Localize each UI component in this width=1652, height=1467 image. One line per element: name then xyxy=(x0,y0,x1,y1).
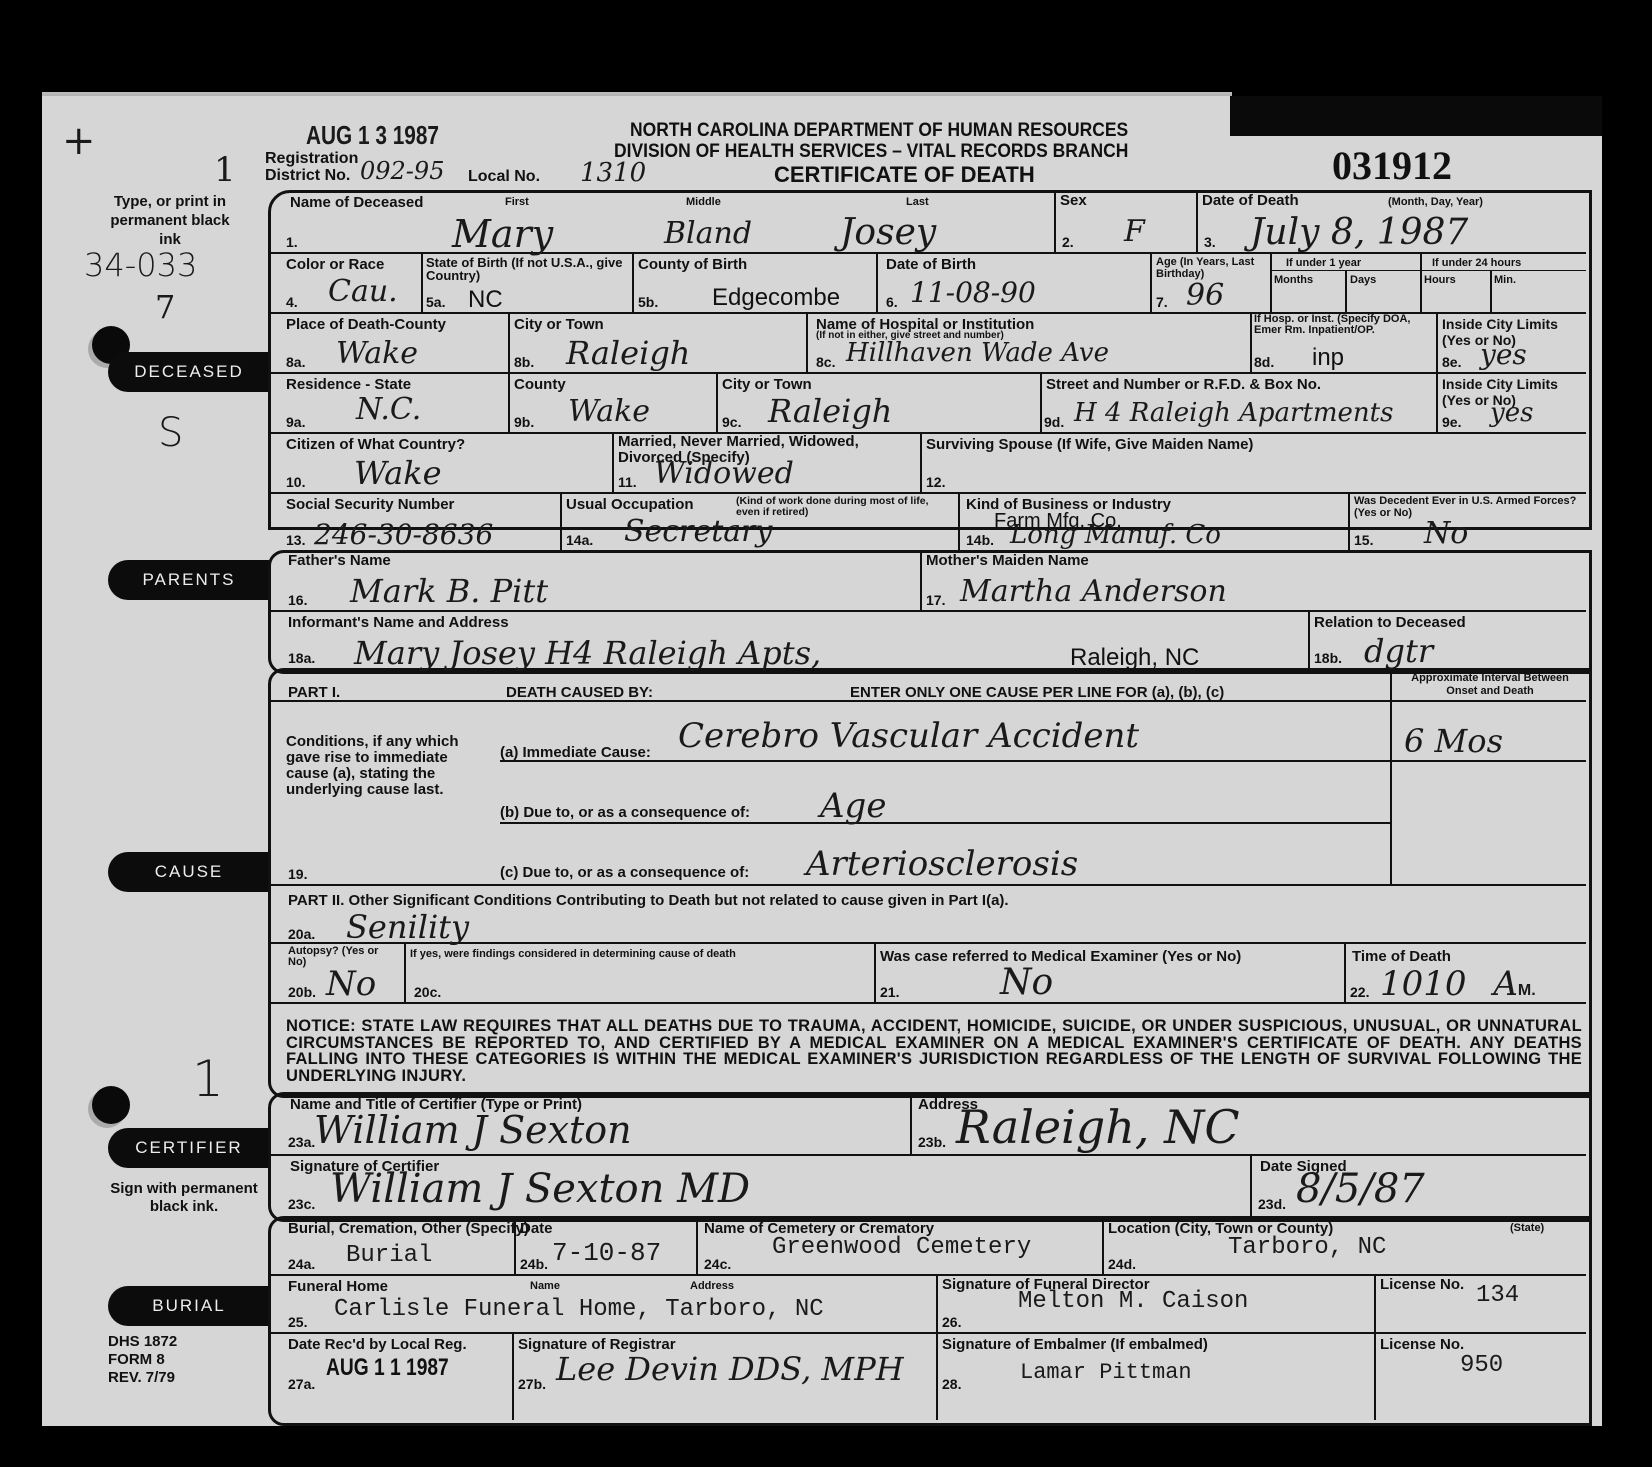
margin-code-7: 7 xyxy=(155,288,175,326)
funeral-home-address-label: Address xyxy=(690,1280,734,1292)
item-24b: 24b. xyxy=(520,1256,548,1272)
last-name-field[interactable]: Josey xyxy=(840,212,936,253)
item-20c: 20c. xyxy=(414,984,441,1000)
registration-district-label: Registration District No. xyxy=(265,150,375,184)
item-8c: 8c. xyxy=(816,354,835,370)
part1-label: PART I. xyxy=(288,684,340,701)
residence-street-field[interactable]: H 4 Raleigh Apartments xyxy=(1074,398,1393,428)
embalmer-field[interactable]: Lamar Pittman xyxy=(1020,1360,1192,1385)
residence-state-label: Residence - State xyxy=(286,376,411,393)
item-26: 26. xyxy=(942,1314,961,1330)
section-tab-burial: BURIAL xyxy=(108,1286,270,1326)
item-4: 4. xyxy=(286,294,298,310)
mother-label: Mother's Maiden Name xyxy=(926,552,1089,569)
hosp-status-field[interactable]: inp xyxy=(1312,344,1344,372)
form-id-line-2: FORM 8 xyxy=(108,1351,177,1369)
item-1: 1. xyxy=(286,234,298,250)
cause-b-field[interactable]: Age xyxy=(820,786,886,826)
agency-line-1: NORTH CAROLINA DEPARTMENT OF HUMAN RESOU… xyxy=(630,120,1128,142)
margin-code-s: S xyxy=(158,410,183,456)
certificate-number: 031912 xyxy=(1332,142,1452,189)
marital-field[interactable]: Widowed xyxy=(654,456,794,491)
name-of-deceased-label: Name of Deceased xyxy=(290,194,423,211)
death-caused-by-label: DEATH CAUSED BY: xyxy=(506,684,653,701)
occupation-field[interactable]: Secretary xyxy=(624,514,772,549)
middle-label: Middle xyxy=(686,196,721,208)
ssn-field[interactable]: 246-30-8636 xyxy=(314,518,493,551)
item-9b: 9b. xyxy=(514,414,534,430)
citizen-label: Citizen of What Country? xyxy=(286,436,465,453)
item-8e: 8e. xyxy=(1442,354,1461,370)
medical-examiner-label: Was case referred to Medical Examiner (Y… xyxy=(880,948,1241,965)
date-of-death-field[interactable]: July 8, 1987 xyxy=(1250,212,1468,253)
form-id-line-1: DHS 1872 xyxy=(108,1333,177,1351)
item-5a: 5a. xyxy=(426,294,445,310)
form-id-line-3: REV. 7/79 xyxy=(108,1369,177,1387)
item-27b: 27b. xyxy=(518,1376,546,1392)
place-county-field[interactable]: Wake xyxy=(336,336,418,371)
place-city-label: City or Town xyxy=(514,316,604,333)
cause-a-field[interactable]: Cerebro Vascular Accident xyxy=(678,716,1139,756)
item-11: 11. xyxy=(618,474,637,490)
item-2: 2. xyxy=(1062,234,1074,250)
state-label: (State) xyxy=(1510,1222,1544,1234)
director-license-field[interactable]: 134 xyxy=(1476,1282,1519,1309)
sex-label: Sex xyxy=(1060,192,1087,209)
item-14a: 14a. xyxy=(566,532,593,548)
informant-typed: Raleigh, NC xyxy=(1070,644,1199,672)
corner-mark: + xyxy=(62,118,96,164)
section-tab-certifier: CERTIFIER xyxy=(108,1128,270,1168)
item-19: 19. xyxy=(288,866,307,882)
industry-field[interactable]: Long Manuf. Co xyxy=(1010,520,1221,550)
redaction-block xyxy=(1230,96,1602,136)
date-signed-field[interactable]: 8/5/87 xyxy=(1296,1166,1425,1212)
date-of-death-label: Date of Death xyxy=(1202,192,1299,209)
mother-field[interactable]: Martha Anderson xyxy=(960,574,1227,609)
min-label: Min. xyxy=(1494,274,1516,286)
cause-a-interval-field[interactable]: 6 Mos xyxy=(1404,722,1503,760)
place-county-label: Place of Death-County xyxy=(286,316,446,333)
local-no-label: Local No. xyxy=(468,168,540,186)
item-9d: 9d. xyxy=(1044,414,1064,430)
margin-code: 34-033 xyxy=(84,246,197,284)
time-of-death-label: Time of Death xyxy=(1352,948,1451,965)
sex-field[interactable]: F xyxy=(1124,214,1145,249)
first-label: First xyxy=(505,196,529,208)
certifier-signature-field[interactable]: William J Sexton MD xyxy=(330,1166,750,1212)
funeral-home-name-label: Name xyxy=(530,1280,560,1292)
burial-date-label: Date xyxy=(520,1220,553,1237)
funeral-home-field[interactable]: Carlisle Funeral Home, Tarboro, NC xyxy=(334,1296,824,1323)
months-label: Months xyxy=(1274,274,1313,286)
ssn-label: Social Security Number xyxy=(286,496,454,513)
residence-street-label: Street and Number or R.F.D. & Box No. xyxy=(1046,376,1321,393)
conditions-note: Conditions, if any which gave rise to im… xyxy=(286,734,476,798)
item-10: 10. xyxy=(286,474,305,490)
age-field[interactable]: 96 xyxy=(1186,278,1224,313)
item-23b: 23b. xyxy=(918,1134,946,1150)
race-field[interactable]: Cau. xyxy=(328,274,398,309)
item-8d: 8d. xyxy=(1254,354,1274,370)
date-of-birth-label: Date of Birth xyxy=(886,256,976,273)
hours-label: Hours xyxy=(1424,274,1456,286)
armed-forces-field[interactable]: No xyxy=(1424,516,1468,551)
certifier-name-field[interactable]: William J Sexton xyxy=(314,1108,632,1152)
under-24-hours-label: If under 24 hours xyxy=(1432,257,1521,269)
item-20b: 20b. xyxy=(288,984,316,1000)
time-ampm: A xyxy=(1493,964,1518,1004)
relation-label: Relation to Deceased xyxy=(1314,614,1466,631)
cause-c-field[interactable]: Arteriosclerosis xyxy=(806,844,1078,884)
item-27a: 27a. xyxy=(288,1376,315,1392)
registration-district-value: 092-95 xyxy=(360,157,444,185)
first-name-field[interactable]: Mary xyxy=(452,212,553,256)
father-field[interactable]: Mark B. Pitt xyxy=(350,572,548,610)
hosp-status-label: If Hosp. or Inst. (Specify DOA, Emer Rm.… xyxy=(1254,314,1434,336)
father-label: Father's Name xyxy=(288,552,391,569)
time-suffix: M. xyxy=(1518,982,1536,999)
residence-state-field[interactable]: N.C. xyxy=(356,392,421,427)
cause-instruction: ENTER ONLY ONE CAUSE PER LINE FOR (a), (… xyxy=(850,684,1224,701)
agency-line-2: DIVISION OF HEALTH SERVICES – VITAL RECO… xyxy=(614,141,1128,163)
item-16: 16. xyxy=(288,592,307,608)
certifier-ink-instruction: Sign with permanent black ink. xyxy=(100,1180,268,1216)
informant-label: Informant's Name and Address xyxy=(288,614,509,631)
registrar-signature-field[interactable]: Lee Devin DDS, MPH xyxy=(556,1350,904,1388)
item-15: 15. xyxy=(1354,532,1373,548)
item-18a: 18a. xyxy=(288,650,315,666)
place-city-field[interactable]: Raleigh xyxy=(566,334,690,372)
filed-date-stamp: AUG 1 3 1987 xyxy=(306,120,439,151)
item-23a: 23a. xyxy=(288,1134,315,1150)
armed-forces-label: Was Decedent Ever in U.S. Armed Forces? … xyxy=(1354,495,1584,519)
ink-instruction: Type, or print in permanent black ink xyxy=(100,192,240,249)
race-label: Color or Race xyxy=(286,256,384,273)
autopsy-field[interactable]: No xyxy=(326,964,376,1004)
item-9e: 9e. xyxy=(1442,414,1461,430)
inside-city-residence-field[interactable]: yes xyxy=(1490,398,1533,428)
disposition-label: Burial, Cremation, Other (Specify) xyxy=(288,1220,529,1237)
item-24d: 24d. xyxy=(1108,1256,1136,1272)
section-tab-cause: CAUSE xyxy=(108,852,270,892)
date-received-label: Date Rec'd by Local Reg. xyxy=(288,1336,467,1353)
days-label: Days xyxy=(1350,274,1376,286)
embalmer-license-field[interactable]: 950 xyxy=(1460,1352,1503,1379)
last-label: Last xyxy=(906,196,929,208)
medical-examiner-notice: NOTICE: STATE LAW REQUIRES THAT ALL DEAT… xyxy=(286,1018,1582,1084)
item-23c: 23c. xyxy=(288,1196,315,1212)
item-9a: 9a. xyxy=(286,414,305,430)
time-of-death-field[interactable]: 1010 AM. xyxy=(1380,964,1536,1004)
form-id: DHS 1872 FORM 8 REV. 7/79 xyxy=(108,1333,177,1387)
residence-city-label: City or Town xyxy=(722,376,812,393)
item-9c: 9c. xyxy=(722,414,741,430)
medical-examiner-field[interactable]: No xyxy=(1000,962,1053,1003)
punch-hole-bottom xyxy=(92,1086,130,1124)
certifier-mark: 1 xyxy=(192,1050,224,1108)
item-8a: 8a. xyxy=(286,354,305,370)
section-tab-parents: PARENTS xyxy=(108,560,270,600)
certificate-title: CERTIFICATE OF DEATH xyxy=(774,162,1035,188)
date-of-birth-field[interactable]: 11-08-90 xyxy=(910,276,1036,309)
cemetery-field[interactable]: Greenwood Cemetery xyxy=(772,1234,1031,1261)
item-25: 25. xyxy=(288,1314,307,1330)
item-28: 28. xyxy=(942,1376,961,1392)
disposition-field[interactable]: Burial xyxy=(346,1242,432,1269)
relation-field[interactable]: dgtr xyxy=(1364,632,1433,670)
cause-a-label: (a) Immediate Cause: xyxy=(500,744,651,761)
item-13: 13. xyxy=(286,532,305,548)
residence-city-field[interactable]: Raleigh xyxy=(768,392,892,430)
funeral-home-label: Funeral Home xyxy=(288,1278,388,1295)
citizen-field[interactable]: Wake xyxy=(354,454,442,492)
age-label: Age (In Years, Last Birthday) xyxy=(1156,256,1268,280)
item-14b: 14b. xyxy=(966,532,994,548)
item-20a: 20a. xyxy=(288,926,315,942)
embalmer-label: Signature of Embalmer (If embalmed) xyxy=(942,1336,1208,1353)
item-12: 12. xyxy=(926,474,945,490)
part2-label: PART II. Other Significant Conditions Co… xyxy=(288,892,1009,909)
occupation-label: Usual Occupation xyxy=(566,496,694,513)
location-field[interactable]: Tarboro, NC xyxy=(1228,1234,1386,1261)
state-of-birth-field[interactable]: NC xyxy=(468,286,503,314)
spouse-label: Surviving Spouse (If Wife, Give Maiden N… xyxy=(926,436,1253,453)
certifier-address-field[interactable]: Raleigh, NC xyxy=(956,1100,1240,1154)
item-17: 17. xyxy=(926,592,945,608)
residence-county-label: County xyxy=(514,376,566,393)
cause-c-label: (c) Due to, or as a consequence of: xyxy=(500,864,749,881)
item-6: 6. xyxy=(886,294,898,310)
hospital-field[interactable]: Hillhaven Wade Ave xyxy=(846,338,1109,368)
item-21: 21. xyxy=(880,984,899,1000)
director-license-label: License No. xyxy=(1380,1276,1464,1293)
item-22: 22. xyxy=(1350,984,1369,1000)
state-of-birth-label: State of Birth (If not U.S.A., give Coun… xyxy=(426,256,626,282)
county-of-birth-label: County of Birth xyxy=(638,256,747,273)
residence-county-field[interactable]: Wake xyxy=(568,394,650,429)
part2-field[interactable]: Senility xyxy=(346,908,469,946)
informant-field[interactable]: Mary Josey H4 Raleigh Apts, xyxy=(354,634,821,672)
time-value: 1010 xyxy=(1380,964,1467,1004)
item-7: 7. xyxy=(1156,294,1168,310)
funeral-director-field[interactable]: Melton M. Caison xyxy=(1018,1288,1248,1315)
section-tab-deceased: DECEASED xyxy=(108,352,270,392)
item-8b: 8b. xyxy=(514,354,534,370)
under-1-year-label: If under 1 year xyxy=(1286,257,1361,269)
findings-label: If yes, were findings considered in dete… xyxy=(410,948,736,960)
cause-b-label: (b) Due to, or as a consequence of: xyxy=(500,804,750,821)
embalmer-license-label: License No. xyxy=(1380,1336,1464,1353)
date-received-field[interactable]: AUG 1 1 1987 xyxy=(326,1354,449,1382)
item-24a: 24a. xyxy=(288,1256,315,1272)
item-3: 3. xyxy=(1204,234,1216,250)
item-24c: 24c. xyxy=(704,1256,731,1272)
interval-label: Approximate Interval Between Onset and D… xyxy=(1396,672,1584,698)
item-5b: 5b. xyxy=(638,294,658,310)
burial-date-field[interactable]: 7-10-87 xyxy=(552,1238,661,1268)
date-format-label: (Month, Day, Year) xyxy=(1388,196,1483,208)
item-18b: 18b. xyxy=(1314,650,1342,666)
county-of-birth-field[interactable]: Edgecombe xyxy=(712,284,840,312)
margin-mark: 1 xyxy=(214,150,236,190)
item-23d: 23d. xyxy=(1258,1196,1286,1212)
inside-city-death-field[interactable]: yes xyxy=(1480,338,1527,371)
middle-name-field[interactable]: Bland xyxy=(664,216,752,251)
